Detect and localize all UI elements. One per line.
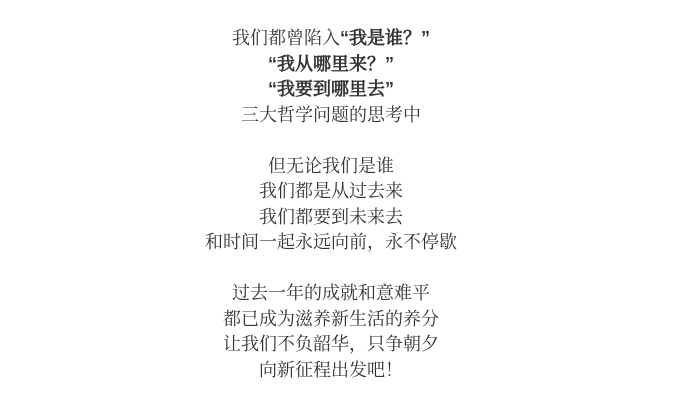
line-text: 我们都曾陷入 (232, 28, 340, 48)
text-line: 向新征程出发吧！ (0, 358, 662, 384)
quoted-question-where-to: “我要到哪里去” (268, 79, 394, 99)
quoted-question-where-from: “我从哪里来？” (268, 54, 394, 74)
text-line: 过去一年的成就和意难平 (0, 281, 662, 307)
line-text: 和时间一起永远向前，永不停歇 (205, 232, 457, 252)
line-text: 让我们不负韶华，只争朝夕 (223, 334, 439, 354)
article-body: 我们都曾陷入“我是谁？” “我从哪里来？” “我要到哪里去” 三大哲学问题的思考… (0, 0, 678, 407)
stanza-new-journey: 过去一年的成就和意难平 都已成为滋养新生活的养分 让我们不负韶华，只争朝夕 向新… (0, 281, 662, 383)
text-line: “我从哪里来？” (0, 52, 662, 78)
text-line: 让我们不负韶华，只争朝夕 (0, 332, 662, 358)
text-line: “我要到哪里去” (0, 77, 662, 103)
stanza-philosophy: 我们都曾陷入“我是谁？” “我从哪里来？” “我要到哪里去” 三大哲学问题的思考… (0, 26, 662, 128)
quoted-question-who-am-i: “我是谁？” (340, 28, 430, 48)
text-line: 我们都曾陷入“我是谁？” (0, 26, 662, 52)
line-text: 都已成为滋养新生活的养分 (223, 309, 439, 329)
line-text: 三大哲学问题的思考中 (241, 105, 421, 125)
stanza-time: 但无论我们是谁 我们都是从过去来 我们都要到未来去 和时间一起永远向前，永不停歇 (0, 154, 662, 256)
line-text: 我们都是从过去来 (259, 181, 403, 201)
text-line: 和时间一起永远向前，永不停歇 (0, 230, 662, 256)
text-line: 三大哲学问题的思考中 (0, 103, 662, 129)
text-line: 都已成为滋养新生活的养分 (0, 307, 662, 333)
line-text: 我们都要到未来去 (259, 207, 403, 227)
text-line: 我们都要到未来去 (0, 205, 662, 231)
line-text: 过去一年的成就和意难平 (232, 283, 430, 303)
text-line: 但无论我们是谁 (0, 154, 662, 180)
line-text: 但无论我们是谁 (268, 156, 394, 176)
line-text: 向新征程出发吧！ (259, 360, 403, 380)
text-line: 我们都是从过去来 (0, 179, 662, 205)
